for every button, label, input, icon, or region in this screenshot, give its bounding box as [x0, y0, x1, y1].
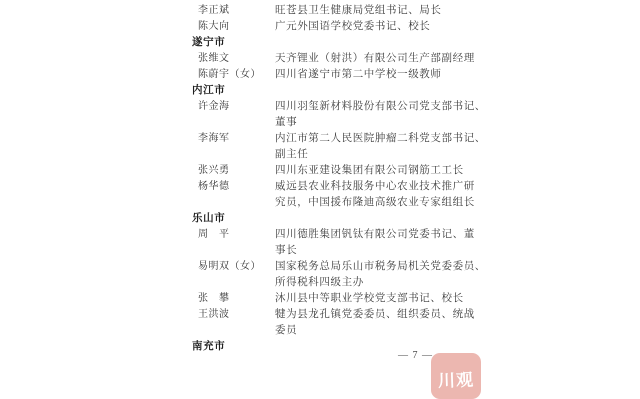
list-line: 李海军内江市第二人民医院肿瘤二科党支部书记、	[198, 131, 640, 147]
list-line-continuation: 究员，中国援布隆迪高级农业专家组组长	[198, 195, 640, 211]
city-name: 南充市	[192, 341, 225, 352]
list-line: 张维文天齐锂业（射洪）有限公司生产部副经理	[198, 51, 640, 67]
list-line: 周 平四川德胜集团钒钛有限公司党委书记、董	[198, 227, 640, 243]
person-name: 王洪波	[198, 307, 275, 323]
person-title: 广元外国语学校党委书记、校长	[275, 21, 430, 32]
chuanguan-watermark-logo: 川观	[431, 353, 481, 399]
person-name: 周 平	[198, 227, 275, 243]
person-title: 四川羽玺新材料股份有限公司党支部书记、	[275, 101, 486, 112]
person-title: 威远县农业科技服务中心农业技术推广研	[275, 181, 475, 192]
awardee-list: 李正斌旺苍县卫生健康局党组书记、局长 陈大向广元外国语学校党委书记、校长 遂宁市…	[0, 3, 640, 355]
list-line: 杨华德威远县农业科技服务中心农业技术推广研	[198, 179, 640, 195]
person-title: 内江市第二人民医院肿瘤二科党支部书记、	[275, 133, 486, 144]
city-name: 乐山市	[192, 213, 225, 224]
page-number: — 7 —	[398, 350, 433, 361]
person-name: 易明双（女）	[198, 259, 275, 275]
list-line: 陈蔚宇（女）四川省遂宁市第二中学校一级教师	[198, 67, 640, 83]
person-title: 四川德胜集团钒钛有限公司党委书记、董	[275, 229, 475, 240]
person-title: 事长	[275, 245, 297, 256]
person-title: 究员，中国援布隆迪高级农业专家组组长	[275, 197, 475, 208]
person-title: 旺苍县卫生健康局党组书记、局长	[275, 5, 442, 16]
person-title: 犍为县龙孔镇党委委员、组织委员、统战	[275, 309, 475, 320]
person-name: 许金海	[198, 99, 275, 115]
person-name: 陈蔚宇（女）	[198, 67, 275, 83]
document-page: 李正斌旺苍县卫生健康局党组书记、局长 陈大向广元外国语学校党委书记、校长 遂宁市…	[0, 0, 640, 399]
person-title: 沐川县中等职业学校党支部书记、校长	[275, 293, 464, 304]
person-title: 委员	[275, 325, 297, 336]
list-line: 李正斌旺苍县卫生健康局党组书记、局长	[198, 3, 640, 19]
person-title: 副主任	[275, 149, 308, 160]
person-name: 李正斌	[198, 3, 275, 19]
person-title: 董事	[275, 117, 297, 128]
person-title: 天齐锂业（射洪）有限公司生产部副经理	[275, 53, 475, 64]
list-line-continuation: 副主任	[198, 147, 640, 163]
list-line: 张兴勇四川东亚建设集团有限公司钢筋工工长	[198, 163, 640, 179]
list-line: 张 攀沐川县中等职业学校党支部书记、校长	[198, 291, 640, 307]
city-name: 遂宁市	[192, 37, 225, 48]
person-name: 李海军	[198, 131, 275, 147]
list-line: 陈大向广元外国语学校党委书记、校长	[198, 19, 640, 35]
list-line: 易明双（女）国家税务总局乐山市税务局机关党委委员、	[198, 259, 640, 275]
person-title: 国家税务总局乐山市税务局机关党委委员、	[275, 261, 486, 272]
person-name: 杨华德	[198, 179, 275, 195]
list-line-continuation: 委员	[198, 323, 640, 339]
person-title: 所得税科四级主办	[275, 277, 364, 288]
list-line-continuation: 所得税科四级主办	[198, 275, 640, 291]
list-line: 王洪波犍为县龙孔镇党委委员、组织委员、统战	[198, 307, 640, 323]
watermark-text: 川观	[438, 365, 475, 391]
list-line-continuation: 事长	[198, 243, 640, 259]
person-name: 张维文	[198, 51, 275, 67]
person-name: 陈大向	[198, 19, 275, 35]
person-name: 张兴勇	[198, 163, 275, 179]
city-header: 乐山市	[192, 211, 640, 227]
list-line: 许金海四川羽玺新材料股份有限公司党支部书记、	[198, 99, 640, 115]
list-line-continuation: 董事	[198, 115, 640, 131]
city-header: 内江市	[192, 83, 640, 99]
person-title: 四川省遂宁市第二中学校一级教师	[275, 69, 442, 80]
city-header: 遂宁市	[192, 35, 640, 51]
person-title: 四川东亚建设集团有限公司钢筋工工长	[275, 165, 464, 176]
person-name: 张 攀	[198, 291, 275, 307]
city-name: 内江市	[192, 85, 225, 96]
